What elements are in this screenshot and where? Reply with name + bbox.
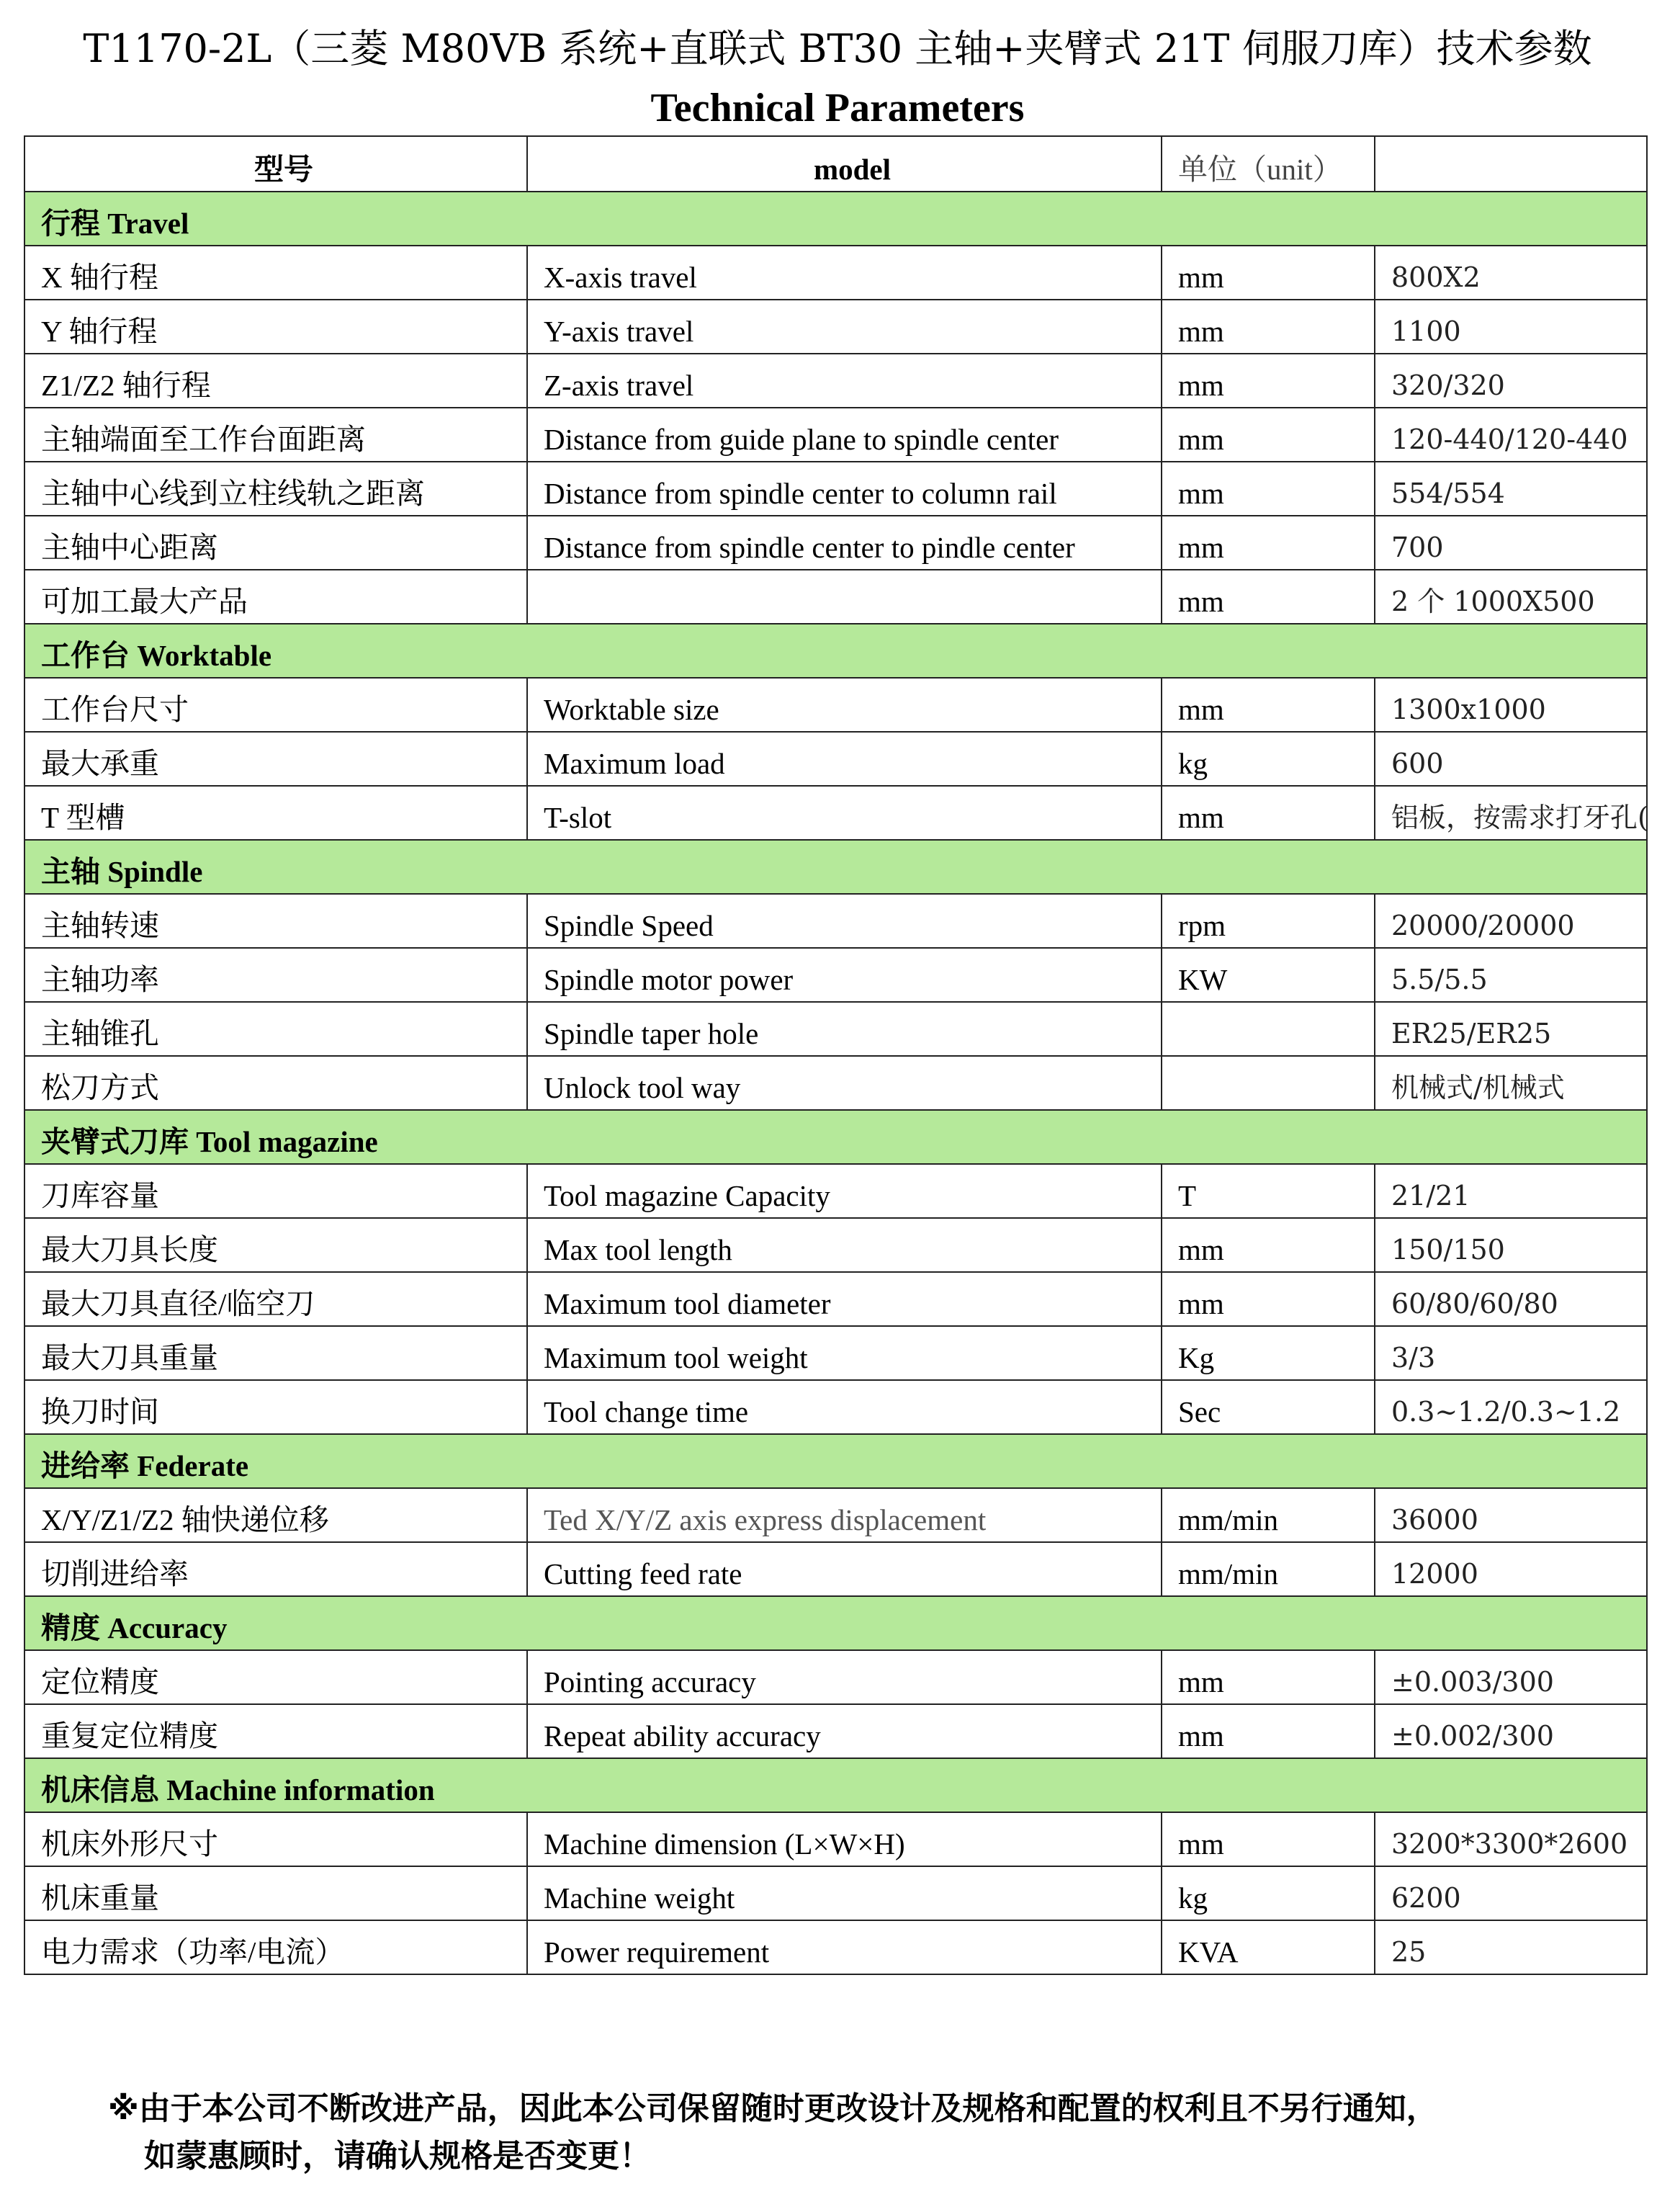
param-name-en: Worktable size <box>527 678 1162 732</box>
section-title: 行程 Travel <box>24 192 1647 246</box>
param-unit: mm/min <box>1162 1488 1375 1542</box>
header-unit: 单位（unit） <box>1162 136 1375 192</box>
param-value: 3200*3300*2600 <box>1375 1812 1647 1866</box>
param-unit: mm <box>1162 408 1375 462</box>
section-header-row: 机床信息 Machine information <box>24 1758 1647 1812</box>
table-row: Z1/Z2 轴行程Z-axis travelmm320/320 <box>24 354 1647 408</box>
param-name-en: Y-axis travel <box>527 300 1162 354</box>
param-name-en: Spindle taper hole <box>527 1002 1162 1056</box>
param-name-cn: 换刀时间 <box>24 1380 527 1434</box>
section-header-row: 精度 Accuracy <box>24 1596 1647 1650</box>
param-unit: mm/min <box>1162 1542 1375 1596</box>
param-value: 6200 <box>1375 1866 1647 1920</box>
table-row: 最大承重Maximum loadkg600 <box>24 732 1647 786</box>
param-value: 320/320 <box>1375 354 1647 408</box>
param-unit: T <box>1162 1164 1375 1218</box>
param-name-en: Max tool length <box>527 1218 1162 1272</box>
param-name-cn: 刀库容量 <box>24 1164 527 1218</box>
param-name-cn: Z1/Z2 轴行程 <box>24 354 527 408</box>
param-name-cn: 主轴中心线到立柱线轨之距离 <box>24 462 527 516</box>
section-title: 夹臂式刀库 Tool magazine <box>24 1110 1647 1164</box>
table-row: 定位精度Pointing accuracymm±0.003/300 <box>24 1650 1647 1704</box>
param-value: 3/3 <box>1375 1326 1647 1380</box>
param-name-en: Cutting feed rate <box>527 1542 1162 1596</box>
param-name-cn: 最大承重 <box>24 732 527 786</box>
param-unit: mm <box>1162 1272 1375 1326</box>
param-name-en: Maximum load <box>527 732 1162 786</box>
table-row: 主轴中心距离Distance from spindle center to pi… <box>24 516 1647 570</box>
param-name-en: Tool magazine Capacity <box>527 1164 1162 1218</box>
param-value: 21/21 <box>1375 1164 1647 1218</box>
param-value: 20000/20000 <box>1375 894 1647 948</box>
param-name-en: Distance from spindle center to column r… <box>527 462 1162 516</box>
param-value: 12000 <box>1375 1542 1647 1596</box>
table-row: 机床外形尺寸Machine dimension (L×W×H)mm3200*33… <box>24 1812 1647 1866</box>
section-title: 主轴 Spindle <box>24 840 1647 894</box>
table-row: 切削进给率Cutting feed ratemm/min12000 <box>24 1542 1647 1596</box>
table-row: X 轴行程X-axis travelmm800X2 <box>24 246 1647 300</box>
table-row: 松刀方式Unlock tool way机械式/机械式 <box>24 1056 1647 1110</box>
param-name-en <box>527 570 1162 624</box>
param-name-en: Maximum tool diameter <box>527 1272 1162 1326</box>
param-name-en: Power requirement <box>527 1920 1162 1974</box>
param-name-cn: 最大刀具直径/临空刀 <box>24 1272 527 1326</box>
param-name-en: Repeat ability accuracy <box>527 1704 1162 1758</box>
param-unit: Kg <box>1162 1326 1375 1380</box>
param-unit: KW <box>1162 948 1375 1002</box>
param-name-cn: 电力需求（功率/电流） <box>24 1920 527 1974</box>
param-name-cn: X/Y/Z1/Z2 轴快递位移 <box>24 1488 527 1542</box>
header-model-cn: 型号 <box>24 136 527 192</box>
section-header-row: 行程 Travel <box>24 192 1647 246</box>
param-unit: mm <box>1162 516 1375 570</box>
param-name-en: X-axis travel <box>527 246 1162 300</box>
param-value: 600 <box>1375 732 1647 786</box>
param-name-en: Distance from guide plane to spindle cen… <box>527 408 1162 462</box>
table-row: 最大刀具长度Max tool lengthmm150/150 <box>24 1218 1647 1272</box>
param-unit: KVA <box>1162 1920 1375 1974</box>
param-unit: mm <box>1162 1218 1375 1272</box>
table-row: 主轴端面至工作台面距离Distance from guide plane to … <box>24 408 1647 462</box>
param-unit: kg <box>1162 1866 1375 1920</box>
section-header-row: 主轴 Spindle <box>24 840 1647 894</box>
param-value: ±0.003/300 <box>1375 1650 1647 1704</box>
param-name-en: Z-axis travel <box>527 354 1162 408</box>
param-name-cn: 主轴中心距离 <box>24 516 527 570</box>
param-unit: mm <box>1162 678 1375 732</box>
param-name-cn: Y 轴行程 <box>24 300 527 354</box>
param-unit <box>1162 1002 1375 1056</box>
param-value: 5.5/5.5 <box>1375 948 1647 1002</box>
param-value: 800X2 <box>1375 246 1647 300</box>
param-unit: mm <box>1162 462 1375 516</box>
param-unit: mm <box>1162 354 1375 408</box>
param-name-cn: T 型槽 <box>24 786 527 840</box>
param-name-en: T-slot <box>527 786 1162 840</box>
param-name-cn: 最大刀具重量 <box>24 1326 527 1380</box>
table-row: 主轴中心线到立柱线轨之距离Distance from spindle cente… <box>24 462 1647 516</box>
table-header-row: 型号 model 单位（unit） <box>24 136 1647 192</box>
param-name-en: Machine dimension (L×W×H) <box>527 1812 1162 1866</box>
param-unit: mm <box>1162 1704 1375 1758</box>
table-row: 最大刀具直径/临空刀Maximum tool diametermm60/80/6… <box>24 1272 1647 1326</box>
table-row: 电力需求（功率/电流）Power requirementKVA25 <box>24 1920 1647 1974</box>
param-unit: mm <box>1162 1650 1375 1704</box>
disclaimer-line-1: ※由于本公司不断改进产品，因此本公司保留随时更改设计及规格和配置的权利且不另行通… <box>108 2085 1438 2133</box>
param-value: ER25/ER25 <box>1375 1002 1647 1056</box>
param-name-en: Pointing accuracy <box>527 1650 1162 1704</box>
param-name-en: Distance from spindle center to pindle c… <box>527 516 1162 570</box>
param-unit: mm <box>1162 570 1375 624</box>
param-unit: mm <box>1162 300 1375 354</box>
param-unit: mm <box>1162 246 1375 300</box>
param-name-cn: 最大刀具长度 <box>24 1218 527 1272</box>
param-value: 机械式/机械式 <box>1375 1056 1647 1110</box>
section-header-row: 进给率 Federate <box>24 1434 1647 1488</box>
param-name-cn: 重复定位精度 <box>24 1704 527 1758</box>
param-value: ±0.002/300 <box>1375 1704 1647 1758</box>
table-row: 可加工最大产品mm2 个 1000X500 <box>24 570 1647 624</box>
table-row: 换刀时间Tool change timeSec0.3~1.2/0.3~1.2 <box>24 1380 1647 1434</box>
param-name-cn: 切削进给率 <box>24 1542 527 1596</box>
param-name-en: Maximum tool weight <box>527 1326 1162 1380</box>
param-name-cn: 机床重量 <box>24 1866 527 1920</box>
param-name-en: Spindle motor power <box>527 948 1162 1002</box>
param-name-cn: 主轴功率 <box>24 948 527 1002</box>
section-title: 机床信息 Machine information <box>24 1758 1647 1812</box>
table-row: 最大刀具重量Maximum tool weightKg3/3 <box>24 1326 1647 1380</box>
document-subtitle: Technical Parameters <box>0 78 1675 138</box>
param-value: 25 <box>1375 1920 1647 1974</box>
param-name-en: Spindle Speed <box>527 894 1162 948</box>
param-name-cn: 工作台尺寸 <box>24 678 527 732</box>
disclaimer-note: ※由于本公司不断改进产品，因此本公司保留随时更改设计及规格和配置的权利且不另行通… <box>108 2085 1438 2180</box>
table-row: T 型槽T-slotmm铝板，按需求打牙孔(无 T 型槽) <box>24 786 1647 840</box>
param-value: 2 个 1000X500 <box>1375 570 1647 624</box>
table-row: 工作台尺寸Worktable sizemm1300x1000 <box>24 678 1647 732</box>
param-value: 铝板，按需求打牙孔(无 T 型槽) <box>1375 786 1647 840</box>
param-value: 1100 <box>1375 300 1647 354</box>
table-row: Y 轴行程Y-axis travelmm1100 <box>24 300 1647 354</box>
param-value: 700 <box>1375 516 1647 570</box>
param-value: 0.3~1.2/0.3~1.2 <box>1375 1380 1647 1434</box>
param-name-en: Tool change time <box>527 1380 1162 1434</box>
param-name-en: Ted X/Y/Z axis express displacement <box>527 1488 1162 1542</box>
param-name-en: Unlock tool way <box>527 1056 1162 1110</box>
param-unit: kg <box>1162 732 1375 786</box>
table-row: 重复定位精度Repeat ability accuracymm±0.002/30… <box>24 1704 1647 1758</box>
param-unit: mm <box>1162 1812 1375 1866</box>
param-name-cn: 机床外形尺寸 <box>24 1812 527 1866</box>
param-name-cn: 松刀方式 <box>24 1056 527 1110</box>
param-name-cn: 定位精度 <box>24 1650 527 1704</box>
section-title: 精度 Accuracy <box>24 1596 1647 1650</box>
section-header-row: 工作台 Worktable <box>24 624 1647 678</box>
header-model-en: model <box>527 136 1162 192</box>
section-title: 进给率 Federate <box>24 1434 1647 1488</box>
param-value: 60/80/60/80 <box>1375 1272 1647 1326</box>
header-value <box>1375 136 1647 192</box>
param-name-en: Machine weight <box>527 1866 1162 1920</box>
table-row: 主轴锥孔Spindle taper holeER25/ER25 <box>24 1002 1647 1056</box>
table-row: X/Y/Z1/Z2 轴快递位移Ted X/Y/Z axis express di… <box>24 1488 1647 1542</box>
param-value: 1300x1000 <box>1375 678 1647 732</box>
table-row: 主轴功率Spindle motor powerKW5.5/5.5 <box>24 948 1647 1002</box>
param-name-cn: X 轴行程 <box>24 246 527 300</box>
spec-table: 型号 model 单位（unit） 行程 TravelX 轴行程X-axis t… <box>24 135 1648 1975</box>
table-row: 机床重量Machine weightkg6200 <box>24 1866 1647 1920</box>
param-name-cn: 可加工最大产品 <box>24 570 527 624</box>
param-unit: Sec <box>1162 1380 1375 1434</box>
param-value: 120-440/120-440 <box>1375 408 1647 462</box>
param-unit: mm <box>1162 786 1375 840</box>
section-header-row: 夹臂式刀库 Tool magazine <box>24 1110 1647 1164</box>
disclaimer-line-2: 如蒙惠顾时，请确认规格是否变更！ <box>108 2133 1438 2180</box>
section-title: 工作台 Worktable <box>24 624 1647 678</box>
param-unit <box>1162 1056 1375 1110</box>
document-title: T1170-2L（三菱 M80VB 系统+直联式 BT30 主轴+夹臂式 21T… <box>0 19 1675 79</box>
param-name-cn: 主轴锥孔 <box>24 1002 527 1056</box>
param-name-cn: 主轴端面至工作台面距离 <box>24 408 527 462</box>
param-value: 36000 <box>1375 1488 1647 1542</box>
param-unit: rpm <box>1162 894 1375 948</box>
param-value: 554/554 <box>1375 462 1647 516</box>
table-row: 主轴转速Spindle Speedrpm20000/20000 <box>24 894 1647 948</box>
param-name-cn: 主轴转速 <box>24 894 527 948</box>
param-value: 150/150 <box>1375 1218 1647 1272</box>
table-row: 刀库容量Tool magazine CapacityT21/21 <box>24 1164 1647 1218</box>
